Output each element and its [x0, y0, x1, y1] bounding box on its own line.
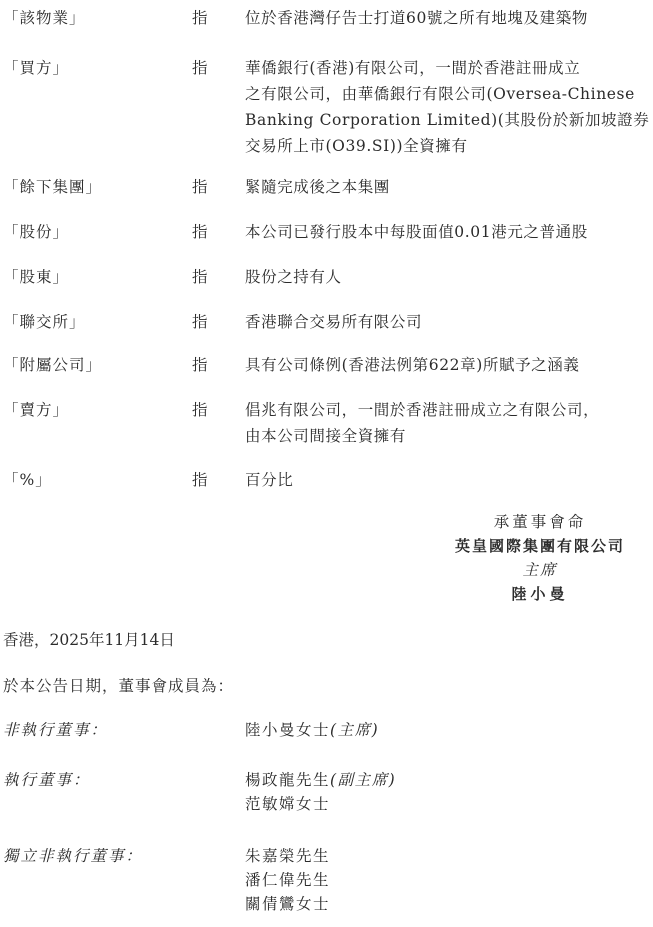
definition-text: 香港聯合交易所有限公司 [245, 309, 647, 335]
board-group-label: 執行董事： [3, 768, 91, 792]
definition-line: 之有限公司，由華僑銀行有限公司(Oversea-Chinese [245, 81, 647, 107]
definition-term: 「股份」 [3, 219, 69, 245]
definition-means: 指 [192, 397, 208, 423]
definition-text: 倡兆有限公司，一間於香港註冊成立之有限公司， 由本公司間接全資擁有 [245, 397, 647, 449]
definition-line: 倡兆有限公司，一間於香港註冊成立之有限公司， [245, 397, 647, 423]
board-member: 陸小曼女士(主席) [245, 718, 379, 742]
signature-title: 主席 [430, 558, 650, 582]
member-role: (副主席) [330, 771, 396, 789]
definition-means: 指 [192, 309, 208, 335]
board-group-members: 朱嘉榮先生 潘仁偉先生 關倩鸞女士 [245, 844, 330, 916]
member-role: (主席) [330, 721, 379, 739]
definition-means: 指 [192, 55, 208, 81]
signature-name: 陸小曼 [430, 582, 650, 606]
board-group-members: 楊政龍先生(副主席) 范敏嫦女士 [245, 768, 396, 816]
definition-line: 緊隨完成後之本集團 [245, 174, 647, 200]
definition-means: 指 [192, 219, 208, 245]
member-name: 潘仁偉先生 [245, 871, 330, 889]
member-name: 陸小曼女士 [245, 721, 330, 739]
board-group-members: 陸小曼女士(主席) [245, 718, 379, 742]
definition-line: 股份之持有人 [245, 264, 647, 290]
definition-text: 位於香港灣仔告士打道60號之所有地塊及建築物 [245, 5, 647, 31]
member-name: 范敏嫦女士 [245, 795, 330, 813]
definition-line: 由本公司間接全資擁有 [245, 423, 647, 449]
definition-term: 「%」 [3, 467, 52, 493]
definition-means: 指 [192, 467, 208, 493]
definition-term: 「該物業」 [3, 5, 86, 31]
board-member: 朱嘉榮先生 [245, 844, 330, 868]
member-name: 關倩鸞女士 [245, 895, 330, 913]
definition-text: 百分比 [245, 467, 647, 493]
board-group-label: 非執行董事： [3, 718, 108, 742]
place-date: 香港，2025年11月14日 [3, 628, 175, 652]
definition-line: 百分比 [245, 467, 647, 493]
definition-means: 指 [192, 174, 208, 200]
definition-means: 指 [192, 264, 208, 290]
definition-means: 指 [192, 5, 208, 31]
definition-text: 本公司已發行股本中每股面值0.01港元之普通股 [245, 219, 647, 245]
definition-line: 香港聯合交易所有限公司 [245, 309, 647, 335]
definition-line: Banking Corporation Limited)(其股份於新加坡證券 [245, 107, 647, 133]
signature-prefix: 承董事會命 [430, 510, 650, 534]
board-member: 關倩鸞女士 [245, 892, 330, 916]
board-group-label: 獨立非執行董事： [3, 844, 143, 868]
member-name: 朱嘉榮先生 [245, 847, 330, 865]
definition-line: 本公司已發行股本中每股面值0.01港元之普通股 [245, 219, 647, 245]
definition-term: 「附屬公司」 [3, 352, 102, 378]
definition-term: 「賣方」 [3, 397, 69, 423]
definition-line: 交易所上市(O39.SI))全資擁有 [245, 133, 647, 159]
board-intro: 於本公告日期，董事會成員為： [3, 674, 234, 698]
signature-block: 承董事會命 英皇國際集團有限公司 主席 陸小曼 [430, 510, 650, 606]
definition-term: 「餘下集團」 [3, 174, 102, 200]
definition-line: 位於香港灣仔告士打道60號之所有地塊及建築物 [245, 5, 647, 31]
definition-text: 具有公司條例(香港法例第622章)所賦予之涵義 [245, 352, 647, 378]
board-member: 范敏嫦女士 [245, 792, 396, 816]
definition-text: 緊隨完成後之本集團 [245, 174, 647, 200]
signature-company: 英皇國際集團有限公司 [430, 534, 650, 558]
definition-text: 股份之持有人 [245, 264, 647, 290]
definition-means: 指 [192, 352, 208, 378]
board-member: 潘仁偉先生 [245, 868, 330, 892]
member-name: 楊政龍先生 [245, 771, 330, 789]
definition-line: 華僑銀行(香港)有限公司，一間於香港註冊成立 [245, 55, 647, 81]
board-member: 楊政龍先生(副主席) [245, 768, 396, 792]
definition-text: 華僑銀行(香港)有限公司，一間於香港註冊成立 之有限公司，由華僑銀行有限公司(O… [245, 55, 647, 159]
definition-term: 「股東」 [3, 264, 69, 290]
definition-term: 「聯交所」 [3, 309, 86, 335]
definition-line: 具有公司條例(香港法例第622章)所賦予之涵義 [245, 352, 647, 378]
definition-term: 「買方」 [3, 55, 69, 81]
